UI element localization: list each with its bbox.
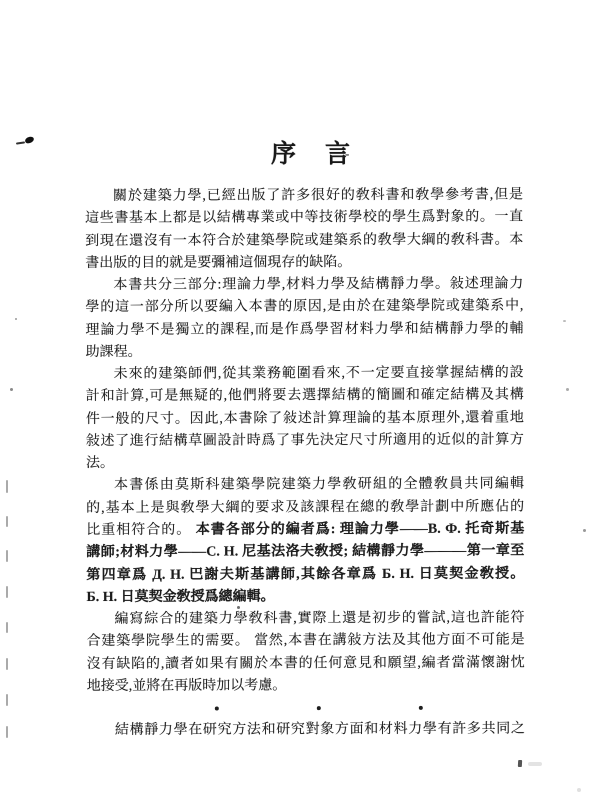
ink-speck: [583, 529, 586, 532]
text-segment: 編寫綜合的建築力學敎科書,實際上還是初步的嘗試,這也許能符: [114, 611, 524, 627]
text-line: 未來的建築師們,從其業務範圍看來,不一定要直接掌握結構的設: [86, 363, 524, 387]
separator-dot: [419, 706, 423, 710]
text-line: 關於建築力學,已經出版了許多很好的敎科書和敎學參考書,但是: [85, 184, 523, 208]
text-line: 到現在還沒有一本符合於建築學院或建築系的敎學大綱的敎科書。本: [85, 229, 523, 253]
text-block: 關於建築力學,已經出版了許多很好的敎科書和敎學參考書,但是這些書基本上都是以結構…: [85, 184, 525, 742]
text-segment: 書出版的目的就是要彌補這個現存的缺陷。: [85, 255, 351, 271]
scan-edge-mark: [6, 480, 8, 493]
text-segment: 理論力學不是獨立的課程,而是作爲學習材料力學和結構靜力學的輔: [85, 321, 523, 338]
text-line: 地接受,並將在再版時加以考慮。: [87, 674, 525, 698]
text-segment: 合建築學院學生的需要。 當然,本書在講敍方法及其他方面不可能是: [87, 633, 525, 650]
title-char: 序: [271, 134, 296, 170]
text-segment: 計和計算,可是無疑的,他們將要去選擇結構的簡圖和確定結構及其構: [86, 388, 524, 405]
text-segment: 比重相符合的。: [86, 523, 196, 538]
text-segment: 未來的建築師們,從其業務範圍看來,不一定要直接掌握結構的設: [114, 366, 524, 382]
text-segment: 第四章爲 Д. Н. 巴謝夫斯基講師,其餘各章爲 Б. Н. 日莫契金敎授。: [86, 566, 524, 583]
ink-speck: [15, 318, 17, 320]
text-line: 比重相符合的。 本書各部分的編者爲: 理論力學——B. Ф. 托奇斯基: [86, 518, 524, 542]
text-line: 的,基本上是與敎學大綱的要求及該課程在總的敎學計劃中所應佔的: [86, 496, 524, 520]
ink-smudge: [16, 141, 25, 144]
page-title: 序 言: [271, 134, 350, 170]
text-line: 第四章爲 Д. Н. 巴謝夫斯基講師,其餘各章爲 Б. Н. 日莫契金敎授。: [86, 563, 524, 587]
text-line: 法。: [86, 452, 524, 476]
text-line: 沒有缺陷的,讀者如果有關於本書的任何意見和願望,編者當滿懷謝忱: [87, 652, 525, 676]
text-segment: 關於建築力學,已經出版了許多很好的敎科書和敎學參考書,但是: [113, 187, 523, 203]
text-segment: 這些書基本上都是以結構專業或中等技術學校的學生爲對象的。一直: [85, 210, 523, 227]
text-line: 結構靜力學在研究方法和研究對象方面和材料力學有許多共同之: [87, 719, 525, 743]
text-segment: Б. Н. 日莫契金敎授爲總編輯。: [86, 589, 274, 605]
text-segment: 本書係由莫斯科建築學院建築力學敎研組的全體敎員共同編輯: [114, 477, 524, 493]
scan-edge-mark: [6, 726, 8, 738]
text-line: 合建築學院學生的需要。 當然,本書在講敍方法及其他方面不可能是: [87, 630, 525, 654]
text-segment: 到現在還沒有一本符合於建築學院或建築系的敎學大綱的敎科書。本: [85, 232, 523, 249]
text-segment: 助課程。: [86, 345, 142, 360]
ink-speck: [10, 388, 13, 391]
text-segment: 地接受,並將在再版時加以考慮。: [87, 678, 287, 694]
text-line: 編寫綜合的建築力學敎科書,實際上還是初步的嘗試,這也許能符: [86, 608, 524, 632]
text-line: 學的這一部分所以要編入本書的原因,是由於在建築學院或建築系中,: [85, 296, 523, 320]
text-line: 本書係由莫斯科建築學院建築力學敎研組的全體敎員共同編輯: [86, 474, 524, 498]
text-line: 本書共分三部分:理論力學,材料力學及結構靜力學。敍述理論力: [85, 274, 523, 298]
scan-edge-mark: [6, 516, 8, 527]
separator-row: [87, 697, 525, 721]
text-line: 這些書基本上都是以結構專業或中等技術學校的學生爲對象的。一直: [85, 207, 523, 231]
text-line: 書出版的目的就是要彌補這個現存的缺陷。: [85, 251, 523, 275]
text-line: 件一般的尺寸。因此,本書除了敍述計算理論的基本原理外,還着重地: [86, 407, 524, 431]
text-segment: 法。: [86, 456, 114, 471]
scan-edge-mark: [6, 586, 8, 598]
ink-speck: [577, 788, 581, 792]
ink-speck: [563, 320, 566, 322]
ink-dash: -: [345, 146, 349, 162]
text-segment: 的,基本上是與敎學大綱的要求及該課程在總的敎學計劃中所應佔的: [86, 499, 524, 516]
text-line: Б. Н. 日莫契金敎授爲總編輯。: [86, 585, 524, 609]
scan-smear: [528, 762, 542, 766]
text-segment: 結構靜力學在研究方法和研究對象方面和材料力學有許多共同之: [115, 722, 525, 738]
ink-speck: [237, 606, 240, 609]
separator-dot: [215, 707, 219, 711]
text-segment: 學的這一部分所以要編入本書的原因,是由於在建築學院或建築系中,: [85, 299, 523, 316]
text-segment: 敍述了進行結構草圖設計時爲了事先決定尺寸所適用的近似的計算方: [86, 432, 524, 449]
text-segment: 本書共分三部分:理論力學,材料力學及結構靜力學。敍述理論力: [113, 277, 523, 293]
text-segment: 本書各部分的編者爲: 理論力學——B. Ф. 托奇斯基: [196, 521, 525, 537]
text-line: 敍述了進行結構草圖設計時爲了事先決定尺寸所適用的近似的計算方: [86, 429, 524, 453]
text-segment: 沒有缺陷的,讀者如果有關於本書的任何意見和願望,編者當滿懷謝忱: [87, 655, 525, 672]
text-segment: 講師;材料力學——C. Н. 尼基法洛夫敎授; 結構靜力學———第一章至: [86, 544, 524, 561]
scan-edge-mark: [6, 658, 8, 670]
scan-edge-mark: [6, 550, 8, 562]
scan-edge-mark: [6, 694, 8, 706]
text-line: 理論力學不是獨立的課程,而是作爲學習材料力學和結構靜力學的輔: [85, 318, 523, 342]
ink-speck: [566, 388, 569, 391]
scanned-page: 序 言 - 關於建築力學,已經出版了許多很好的敎科書和敎學參考書,但是這些書基本…: [0, 0, 600, 806]
text-line: 講師;材料力學——C. Н. 尼基法洛夫敎授; 結構靜力學———第一章至: [86, 541, 524, 565]
separator-dot: [317, 706, 321, 710]
page-corner-mark: [518, 760, 522, 767]
text-segment: 件一般的尺寸。因此,本書除了敍述計算理論的基本原理外,還着重地: [86, 410, 524, 427]
scan-edge-mark: [6, 622, 8, 633]
text-line: 計和計算,可是無疑的,他們將要去選擇結構的簡圖和確定結構及其構: [86, 385, 524, 409]
ink-smudge: [24, 136, 34, 144]
text-line: 助課程。: [86, 340, 524, 364]
